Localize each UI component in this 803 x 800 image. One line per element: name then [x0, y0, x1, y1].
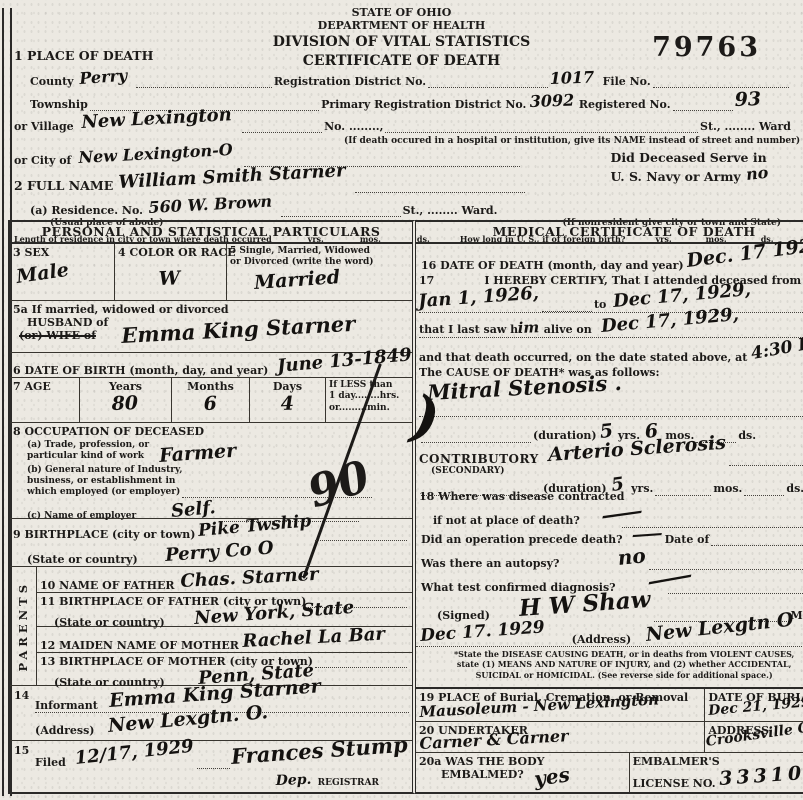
county-row: County Perry Registration District No. 1… [14, 64, 791, 88]
signed-date: Dec 17. 1929 [420, 617, 546, 646]
dotted-line [729, 462, 803, 466]
village-row: or Village New Lexington No. ........, S… [14, 111, 791, 133]
burial-date-cell: DATE OF BURIAL Dec 21, 1929 [704, 689, 803, 721]
spouse-row: 5a If married, widowed or divorced HUSBA… [10, 301, 412, 353]
age-months-cell: Months 6 [172, 378, 250, 422]
dotted-line [355, 189, 525, 193]
parents-block: PARENTS 10 NAME OF FATHER Chas. Starner … [10, 567, 412, 686]
age-less-cell: If LESS than 1 day........hrs. or.......… [326, 378, 412, 422]
dotted-line [385, 129, 698, 133]
parents-fields: 10 NAME OF FATHER Chas. Starner 11 BIRTH… [37, 567, 412, 685]
service-label-line2: U. S. Navy or Army [610, 169, 740, 184]
registrar-label: REGISTRAR [318, 778, 379, 789]
dotted-line [542, 308, 592, 312]
operation-date-label: Date of [665, 533, 710, 546]
filed-fields: Filed 12/17, 1929 Frances Stump Dep. REG… [32, 741, 412, 792]
undertaker-address-cell: ADDRESS Crooksville O [704, 722, 803, 752]
service-label-line1: Did Deceased Serve in [610, 150, 769, 165]
dotted-line [653, 84, 789, 88]
alive-on-label: alive on [544, 323, 592, 336]
sex-label: 3 SEX [13, 246, 111, 259]
dotted-line [673, 107, 733, 111]
father-birthplace-row: 11 BIRTHPLACE OF FATHER (city or town) (… [37, 593, 412, 627]
age-row: 7 AGE Years 80 Months 6 Days 4 If LESS t… [10, 378, 412, 423]
dob-label: 6 DATE OF BIRTH (month, day, and year) [13, 364, 268, 377]
undertaker-cell: 20 UNDERTAKER Carner & Carner [416, 722, 704, 752]
personal-title: PERSONAL AND STATISTICAL PARTICULARS [10, 222, 412, 244]
contributory-block: CONTRIBUTORY Arterio Sclerosis (SECONDAR… [416, 442, 803, 488]
autopsy-label: Was there an autopsy? [421, 557, 559, 570]
autopsy-row: Was there an autopsy? no [416, 546, 803, 570]
county-value: Perry [78, 66, 127, 88]
contracted-label-line2: if not at place of death? [433, 514, 580, 527]
sex-cell: 3 SEX Male [10, 244, 115, 300]
burial-row: 19 PLACE of Burial, Cremation, or Remova… [416, 689, 803, 722]
filed-date: 12/17, 1929 [74, 736, 195, 769]
dotted-line [315, 537, 407, 541]
mother-birthplace-row: 13 BIRTHPLACE OF MOTHER (city or town) (… [37, 653, 412, 685]
medical-certificate-column: MEDICAL CERTIFICATE OF DEATH 16 DATE OF … [416, 220, 803, 794]
age-years-value: 80 [111, 392, 138, 415]
informant-address-label: (Address) [35, 724, 95, 737]
birthplace-label: 9 BIRTHPLACE (city or town) [13, 528, 195, 541]
signed-label: (Signed) [437, 609, 490, 622]
occupation-row: 8 OCCUPATION OF DECEASED (a) Trade, prof… [10, 423, 412, 519]
disease-contracted-block: 18 Where was disease contracted if not a… [416, 488, 803, 522]
marital-label-line1: 5 Single, Married, Widowed [230, 246, 409, 257]
footnote-line3: SUICIDAL or HOMICIDAL. (See reverse side… [420, 670, 803, 680]
mother-row: 12 MAIDEN NAME OF MOTHER Rachel La Bar [37, 627, 412, 653]
industry-label-line3: which employed (or employer) [27, 487, 180, 498]
violent-causes-footnote: *State the DISEASE CAUSING DEATH, or in … [416, 647, 803, 689]
operation-value: — [630, 523, 664, 546]
village-st-ward-label: St., ........ Ward [700, 120, 791, 133]
parents-sidebar: PARENTS [10, 567, 37, 685]
filed-row: 15 Filed 12/17, 1929 Frances Stump Dep. … [10, 741, 412, 792]
license-label-line2: LICENSE NO. [633, 777, 716, 790]
death-occurred-label: and that death occurred, on the date sta… [419, 351, 747, 364]
occupation-label: 8 OCCUPATION OF DECEASED [13, 425, 409, 438]
embalmer-license-cell: EMBALMER'S LICENSE NO.33310 [629, 753, 803, 792]
dotted-line [281, 213, 401, 217]
footnote-line2: state (1) MEANS AND NATURE OF INJURY, an… [420, 659, 803, 669]
birthplace-state-label: (State or country) [27, 553, 138, 566]
service-value: no [745, 163, 769, 184]
last-saw-label: that I last saw h [419, 323, 518, 336]
age-less-line1: If LESS than [329, 380, 409, 391]
age-days-value: 4 [280, 393, 294, 415]
age-days-cell: Days 4 [250, 378, 326, 422]
birthplace-row: 9 BIRTHPLACE (city or town)Pike Twship (… [10, 519, 412, 567]
age-months-label: Months [175, 380, 246, 393]
military-service-block: Did Deceased Serve in U. S. Navy or Army… [610, 150, 769, 184]
certificate-body: PERSONAL AND STATISTICAL PARTICULARS 3 S… [8, 220, 797, 794]
embalmed-label-line1: 20a WAS THE BODY [419, 755, 626, 768]
registration-district-label: Registration District No. [274, 75, 426, 88]
residence-value: 560 W. Brown [148, 192, 272, 217]
township-label: Township [30, 98, 88, 111]
marital-cell: 5 Single, Married, Widowed or Divorced (… [227, 244, 412, 300]
filed-number: 15 [10, 741, 32, 792]
dotted-line [136, 84, 272, 88]
contributory-label: CONTRIBUTORY [419, 452, 539, 466]
father-value: Chas. Starner [179, 564, 318, 592]
undertaker-row: 20 UNDERTAKER Carner & Carner ADDRESS Cr… [416, 722, 803, 753]
dotted-line [242, 129, 322, 133]
registration-district-value: 1017 [549, 67, 594, 88]
father-bp-state-label: (State or country) [54, 616, 165, 629]
operation-label: Did an operation precede death? [421, 533, 623, 546]
city-label: or City of [14, 154, 71, 167]
last-saw-hw: im [517, 318, 539, 337]
informant-label: Informant [35, 699, 98, 712]
informant-row: 14 InformantEmma King Starner (Address)N… [10, 686, 412, 741]
certificate-number: 79763 [652, 32, 761, 63]
to-label: to [594, 298, 606, 311]
birthplace-state-value: Perry Co O [164, 537, 274, 566]
residence-st-ward-label: St., ........ Ward. [403, 204, 498, 217]
township-row: Township Primary Registration District N… [14, 88, 791, 111]
filed-label: Filed [35, 756, 66, 769]
mother-label: 12 MAIDEN NAME OF MOTHER [40, 639, 239, 652]
race-value: W [158, 267, 180, 290]
burial-place-cell: 19 PLACE of Burial, Cremation, or Remova… [416, 689, 704, 721]
dod-label: 16 DATE OF DEATH (month, day and year) [421, 259, 684, 272]
dotted-line [197, 765, 230, 769]
autopsy-value: no [617, 543, 647, 570]
residence-row: (a) Residence. No. 560 W. Brown St., ...… [14, 193, 791, 217]
village-no-label: No. ........, [324, 120, 383, 133]
license-value: 33310 [718, 762, 803, 790]
certify-block: 17I HEREBY CERTIFY, That I attended dece… [416, 272, 803, 342]
medical-title: MEDICAL CERTIFICATE OF DEATH [416, 222, 803, 244]
footnote-line1: *State the DISEASE CAUSING DEATH, or in … [420, 649, 803, 659]
dob-row: 6 DATE OF BIRTH (month, day, and year) J… [10, 353, 412, 378]
sex-race-marital-row: 3 SEX Male 4 COLOR OR RACE W 5 Single, M… [10, 244, 412, 301]
dotted-line [428, 84, 548, 88]
signed-date-row: Dec 17. 1929 (Address) New Lexgtn O [416, 622, 803, 647]
registered-no-value: 93 [734, 88, 761, 111]
trade-value: Farmer [158, 440, 236, 467]
embalmed-value: yes [533, 762, 572, 791]
age-days-label: Days [253, 380, 322, 393]
father-row: 10 NAME OF FATHER Chas. Starner [37, 567, 412, 593]
age-cell: 7 AGE [10, 378, 80, 422]
age-label: 7 AGE [13, 380, 76, 393]
village-label: or Village [14, 120, 74, 133]
place-of-death-label: 1 PLACE OF DEATH [14, 48, 153, 63]
attended-from-value: Jan 1, 1926, [418, 282, 540, 311]
registered-no-label: Registered No. [579, 98, 671, 111]
age-less-line3: or.........min. [329, 403, 409, 414]
father-label: 10 NAME OF FATHER [40, 579, 175, 592]
personal-particulars-column: PERSONAL AND STATISTICAL PARTICULARS 3 S… [8, 220, 416, 794]
death-certificate-document: STATE OF OHIO DEPARTMENT OF HEALTH DIVIS… [0, 0, 803, 800]
header-department: DEPARTMENT OF HEALTH [0, 19, 803, 32]
embalmed-cell: 20a WAS THE BODY EMBALMED? yes [416, 753, 629, 792]
county-label: County [30, 75, 74, 88]
residence-label: (a) Residence. No. [30, 204, 143, 217]
hospital-note: (If death occured in a hospital or insti… [344, 136, 800, 147]
age-years-label: Years [83, 380, 168, 393]
marital-value: Married [253, 266, 340, 294]
primary-registration-value: 3092 [530, 90, 575, 111]
header-state: STATE OF OHIO [0, 6, 803, 19]
industry-label-line1: (b) General nature of Industry, [27, 465, 409, 476]
informant-fields: InformantEmma King Starner (Address)New … [32, 686, 412, 740]
ds-label: ds. [738, 429, 756, 442]
age-less-line2: 1 day........hrs. [329, 391, 409, 402]
age-years-cell: Years 80 [80, 378, 172, 422]
informant-number: 14 [10, 686, 32, 740]
registrar-dep: Dep. [275, 772, 311, 789]
industry-label-line2: business, or establishment in [27, 476, 409, 487]
burial-block: 19 PLACE of Burial, Cremation, or Remova… [416, 689, 803, 792]
race-cell: 4 COLOR OR RACE W [115, 244, 227, 300]
cause-of-death-block: and that death occurred, on the date sta… [416, 342, 803, 442]
primary-registration-label: Primary Registration District No. [321, 98, 526, 111]
signed-address-label: (Address) [572, 633, 632, 646]
age-months-value: 6 [203, 393, 217, 415]
sex-value: Male [15, 259, 70, 288]
race-label: 4 COLOR OR RACE [118, 246, 223, 259]
date-of-death-row: 16 DATE OF DEATH (month, day and year) D… [416, 244, 803, 272]
parents-label: PARENTS [16, 581, 30, 671]
file-no-label: File No. [603, 75, 651, 88]
embalmed-row: 20a WAS THE BODY EMBALMED? yes EMBALMER'… [416, 753, 803, 792]
dotted-line [315, 664, 407, 668]
full-name-label: 2 FULL NAME [14, 178, 113, 193]
certify-number: 17 [419, 274, 434, 287]
